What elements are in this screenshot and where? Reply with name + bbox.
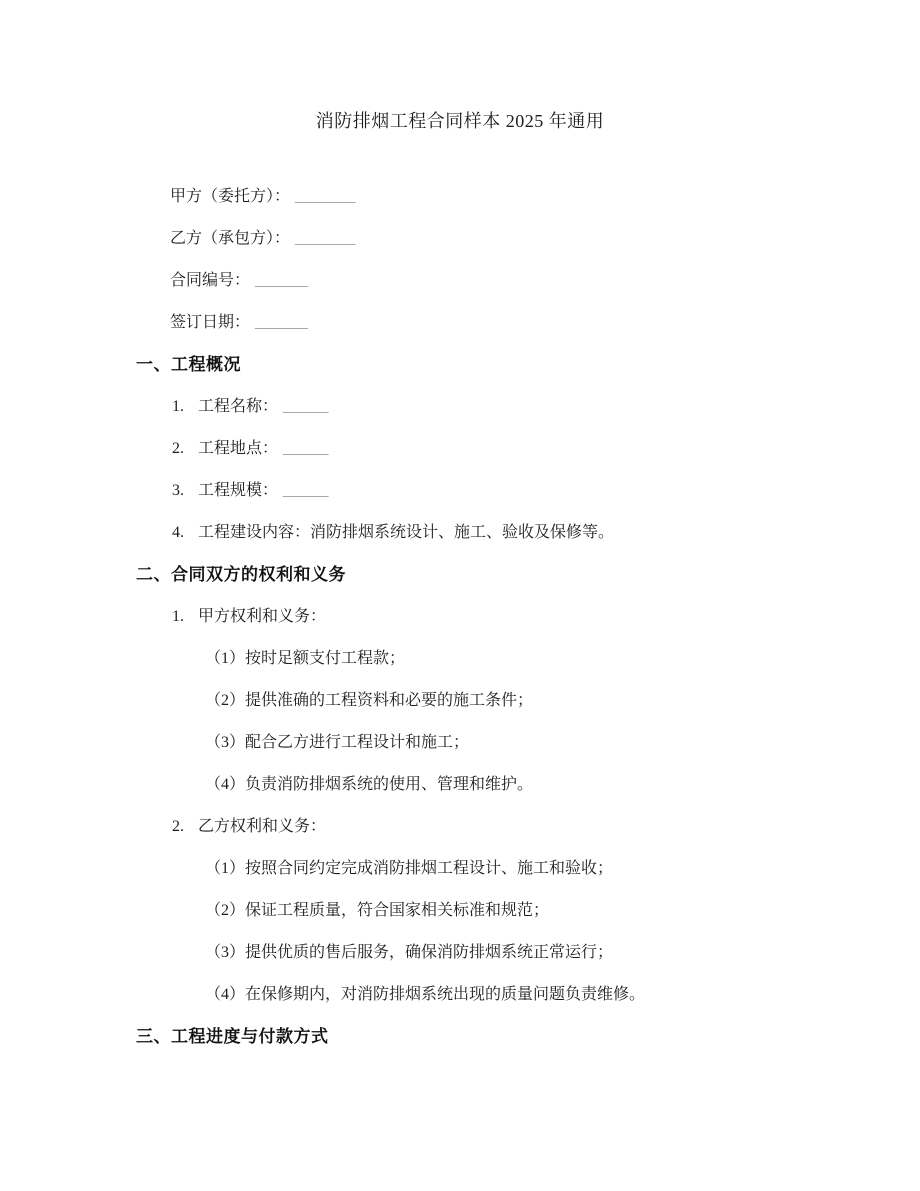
item-number: 2. — [172, 438, 198, 460]
sub-list-item: （1）按时足额支付工程款； — [205, 648, 920, 670]
fill-in-blank: ______ — [283, 482, 328, 499]
intro-label: 合同编号： — [170, 272, 250, 289]
intro-line-party-b: 乙方（承包方）：________ — [170, 228, 920, 250]
sub-list-item: （2）保证工程质量，符合国家相关标准和规范； — [205, 900, 920, 922]
fill-in-blank: _______ — [255, 314, 308, 331]
list-item: 1.甲方权利和义务： — [172, 606, 920, 628]
item-text: 甲方权利和义务： — [198, 608, 326, 625]
intro-label: 签订日期： — [170, 314, 250, 331]
item-text: 工程名称： — [198, 398, 278, 415]
section-heading-3: 三、工程进度与付款方式 — [136, 1026, 920, 1048]
item-text: 工程规模： — [198, 482, 278, 499]
intro-line-party-a: 甲方（委托方）：________ — [170, 186, 920, 208]
item-text: 工程地点： — [198, 440, 278, 457]
sub-list-item: （3）配合乙方进行工程设计和施工； — [205, 732, 920, 754]
sub-list-item: （1）按照合同约定完成消防排烟工程设计、施工和验收； — [205, 858, 920, 880]
sub-list-item: （2）提供准确的工程资料和必要的施工条件； — [205, 690, 920, 712]
item-text: 乙方权利和义务： — [198, 818, 326, 835]
intro-label: 乙方（承包方）： — [170, 230, 290, 247]
section-heading-2: 二、合同双方的权利和义务 — [136, 564, 920, 586]
fill-in-blank: ________ — [295, 188, 355, 205]
sub-list-item: （4）负责消防排烟系统的使用、管理和维护。 — [205, 774, 920, 796]
list-item: 4.工程建设内容：消防排烟系统设计、施工、验收及保修等。 — [172, 522, 920, 544]
item-text: 工程建设内容：消防排烟系统设计、施工、验收及保修等。 — [198, 524, 614, 541]
fill-in-blank: ______ — [283, 398, 328, 415]
item-number: 2. — [172, 816, 198, 838]
item-number: 1. — [172, 396, 198, 418]
list-item: 1.工程名称：______ — [172, 396, 920, 418]
document-page: 消防排烟工程合同样本 2025 年通用 甲方（委托方）：________ 乙方（… — [0, 0, 920, 1191]
fill-in-blank: _______ — [255, 272, 308, 289]
item-number: 4. — [172, 522, 198, 544]
document-title: 消防排烟工程合同样本 2025 年通用 — [0, 108, 920, 134]
sub-list-item: （3）提供优质的售后服务，确保消防排烟系统正常运行； — [205, 942, 920, 964]
item-number: 1. — [172, 606, 198, 628]
sub-list-item: （4）在保修期内，对消防排烟系统出现的质量问题负责维修。 — [205, 984, 920, 1006]
list-item: 2.乙方权利和义务： — [172, 816, 920, 838]
list-item: 2.工程地点：______ — [172, 438, 920, 460]
section-heading-1: 一、工程概况 — [136, 354, 920, 376]
intro-line-contract-number: 合同编号：_______ — [170, 270, 920, 292]
item-number: 3. — [172, 480, 198, 502]
fill-in-blank: ________ — [295, 230, 355, 247]
intro-line-signing-date: 签订日期：_______ — [170, 312, 920, 334]
list-item: 3.工程规模：______ — [172, 480, 920, 502]
fill-in-blank: ______ — [283, 440, 328, 457]
intro-label: 甲方（委托方）： — [170, 188, 290, 205]
